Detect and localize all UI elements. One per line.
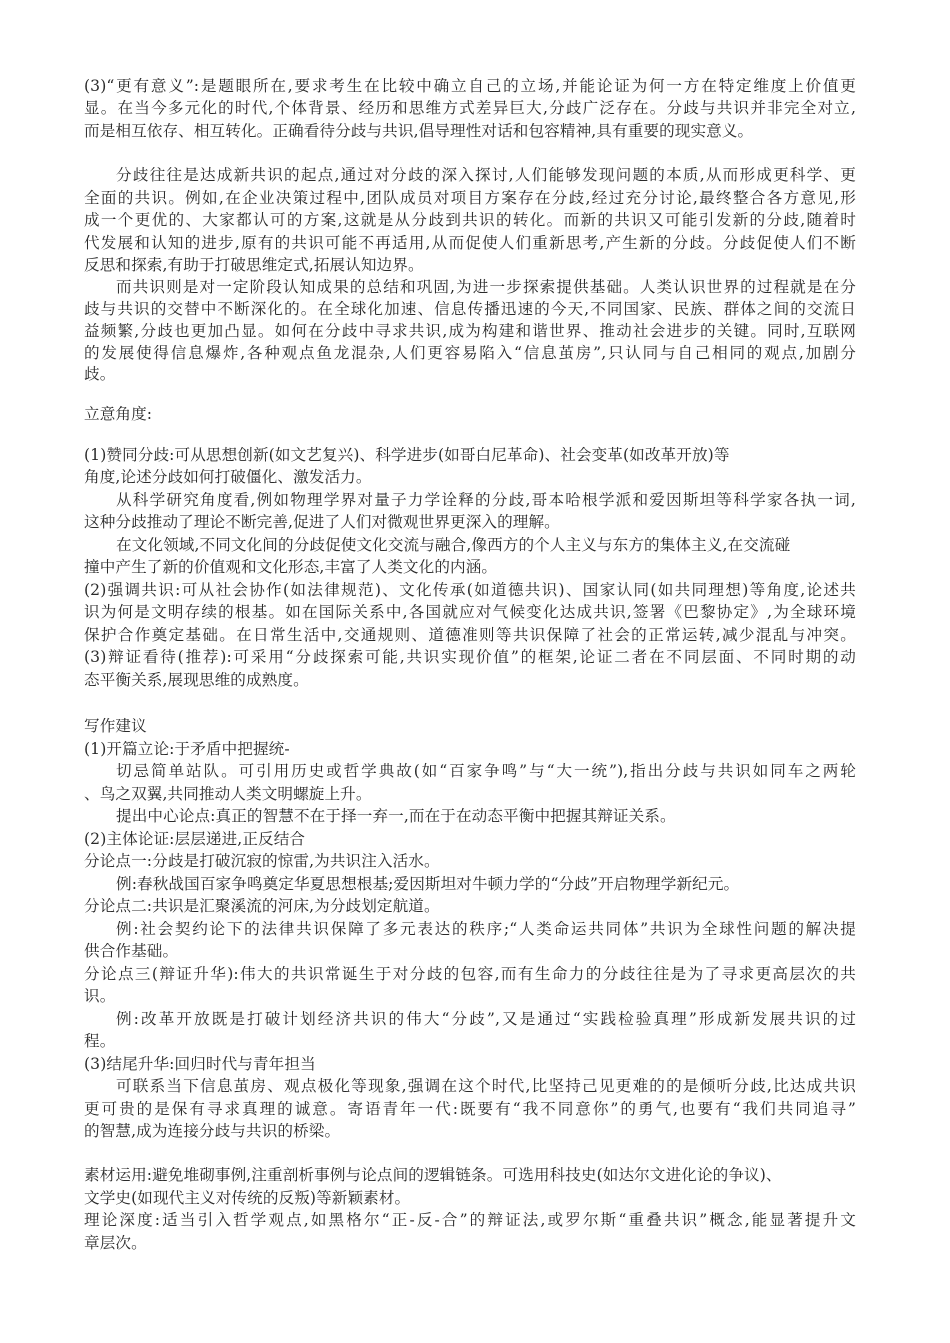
text-line: 益频繁,分歧也更加凸显。如何在分歧中寻求共识,成为构建和谐世界、推动社会进步的关… (84, 320, 856, 343)
text-line: 供合作基础。 (84, 940, 864, 963)
text-line: 文学史(如现代主义对传统的反叛)等新颖素材。 (84, 1187, 864, 1210)
text-line: 分论点一:分歧是打破沉寂的惊雷,为共识注入活水。 (84, 850, 864, 873)
text-line: 立意角度: (84, 403, 864, 426)
text-line: (3)“更有意义”:是题眼所在,要求考生在比较中确立自己的立场,并能论证为何一方… (84, 75, 856, 98)
text-line: (2)强调共识:可从社会协作(如法律规范)、文化传承(如道德共识)、国家认同(如… (84, 579, 856, 602)
text-line: 例:改革开放既是打破计划经济共识的伟大“分歧”,又是通过“实践检验真理”形成新发… (116, 1008, 856, 1031)
text-line: 分论点二:共识是汇聚溪流的河床,为分歧划定航道。 (84, 895, 864, 918)
text-line: (1)赞同分歧:可从思想创新(如文艺复兴)、科学进步(如哥白尼革命)、社会变革(… (84, 444, 864, 467)
text-line: 而共识则是对一定阶段认知成果的总结和巩固,为进一步探索提供基础。人类认识世界的过… (116, 276, 856, 299)
text-line: 这种分歧推动了理论不断完善,促进了人们对微观世界更深入的理解。 (84, 511, 864, 534)
text-line: 的发展使得信息爆炸,各种观点鱼龙混杂,人们更容易陷入“信息茧房”,只认同与自己相… (84, 342, 856, 365)
text-line: 程。 (84, 1030, 864, 1053)
text-line: 从科学研究角度看,例如物理学界对量子力学诠释的分歧,哥本哈根学派和爱因斯坦等科学… (116, 489, 856, 512)
text-line: 在文化领域,不同文化间的分歧促使文化交流与融合,像西方的个人主义与东方的集体主义… (116, 534, 896, 557)
text-line: 反思和探索,有助于打破思维定式,拓展认知边界。 (84, 254, 864, 277)
text-line: 保护合作奠定基础。在日常生活中,交通规则、道德准则等共识保障了社会的正常运转,减… (84, 624, 856, 647)
text-line: 例:春秋战国百家争鸣奠定华夏思想根基;爱因斯坦对牛顿力学的“分歧”开启物理学新纪… (116, 873, 896, 896)
text-line: 而是相互依存、相互转化。正确看待分歧与共识,倡导理性对话和包容精神,具有重要的现… (84, 120, 864, 143)
text-line: 可联系当下信息茧房、观点极化等现象,强调在这个时代,比坚持己见更难的的是倾听分歧… (116, 1075, 856, 1098)
text-line: 态平衡关系,展现思维的成熟度。 (84, 669, 864, 692)
text-line: (1)开篇立论:于矛盾中把握统- (84, 738, 864, 761)
text-line: 全面的共识。例如,在企业决策过程中,团队成员对项目方案存在分歧,经过充分讨论,最… (84, 187, 856, 210)
text-line: 理论深度:适当引入哲学观点,如黑格尔“正-反-合”的辩证法,或罗尔斯“重叠共识”… (84, 1209, 856, 1232)
text-line: 、鸟之双翼,共同推动人类文明螺旋上升。 (84, 783, 864, 806)
text-line: 角度,论述分歧如何打破僵化、激发活力。 (84, 466, 864, 489)
text-line: 显。在当今多元化的时代,个体背景、经历和思维方式差异巨大,分歧广泛存在。分歧与共… (84, 97, 856, 120)
text-line: 提出中心论点:真正的智慧不在于择一弃一,而在于在动态平衡中把握其辩证关系。 (116, 805, 896, 828)
text-line: 分歧往往是达成新共识的起点,通过对分歧的深入探讨,人们能够发现问题的本质,从而形… (116, 164, 856, 187)
text-line: 更可贵的是保有寻求真理的诚意。寄语青年一代:既要有“我不同意你”的勇气,也要有“… (84, 1098, 856, 1121)
text-line: 例:社会契约论下的法律共识保障了多元表达的秩序;“人类命运共同体”共识为全球性问… (116, 918, 856, 941)
text-line: (3)辩证看待(推荐):可采用“分歧探索可能,共识实现价值”的框架,论证二者在不… (84, 646, 856, 669)
document-page: (3)“更有意义”:是题眼所在,要求考生在比较中确立自己的立场,并能论证为何一方… (0, 0, 950, 1343)
text-line: 代发展和认知的进步,原有的共识可能不再适用,从而促使人们重新思考,产生新的分歧。… (84, 232, 856, 255)
text-line: 切忌简单站队。可引用历史或哲学典故(如“百家争鸣”与“大一统”),指出分歧与共识… (116, 760, 856, 783)
text-line: 识。 (84, 985, 864, 1008)
text-line: 的智慧,成为连接分歧与共识的桥梁。 (84, 1120, 864, 1143)
text-line: 章层次。 (84, 1232, 864, 1255)
text-line: 写作建议 (84, 715, 864, 738)
text-line: 撞中产生了新的价值观和文化形态,丰富了人类文化的内涵。 (84, 556, 864, 579)
text-line: (2)主体论证:层层递进,正反结合 (84, 828, 864, 851)
text-line: 识为何是文明存续的根基。如在国际关系中,各国就应对气候变化达成共识,签署《巴黎协… (84, 601, 856, 624)
text-line: 分论点三(辩证升华):伟大的共识常诞生于对分歧的包容,而有生命力的分歧往往是为了… (84, 963, 856, 986)
text-line: 成一个更优的、大家都认可的方案,这就是从分歧到共识的转化。而新的共识又可能引发新… (84, 209, 856, 232)
text-line: 歧。 (84, 363, 864, 386)
text-line: (3)结尾升华:回归时代与青年担当 (84, 1053, 864, 1076)
text-line: 歧与共识的交替中不断深化的。在全球化加速、信息传播迅速的今天,不同国家、民族、群… (84, 298, 856, 321)
text-line: 素材运用:避免堆砌事例,注重剖析事例与论点间的逻辑链条。可选用科技史(如达尔文进… (84, 1164, 864, 1187)
